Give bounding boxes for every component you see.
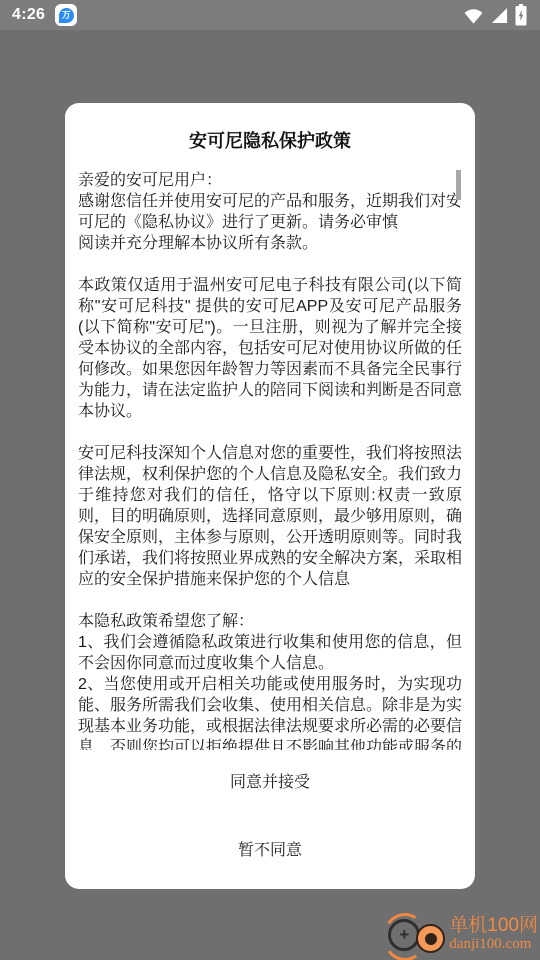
wifi-icon (463, 7, 484, 24)
watermark-site-url: danji100.com (449, 936, 538, 953)
danji100-logo-icon: + (382, 912, 446, 958)
agree-button[interactable]: 同意并接受 (65, 769, 475, 792)
privacy-policy-dialog: 安可尼隐私保护政策 亲爱的安可尼用户： 感谢您信任并使用安可尼的产品和服务，近期… (65, 103, 475, 889)
disagree-button[interactable]: 暂不同意 (65, 837, 475, 860)
site-watermark: + 单机100网 danji100.com (382, 912, 538, 958)
policy-paragraph: 本隐私政策希望您了解： 1、我们会遵循隐私政策进行收集和使用您的信息，但不会因你… (78, 611, 462, 750)
battery-charging-icon (515, 4, 527, 26)
notification-app-icon: 万 (55, 4, 77, 26)
pin-glyph: 万 (62, 11, 71, 20)
dialog-title: 安可尼隐私保护政策 (65, 103, 475, 153)
scrollbar-thumb[interactable] (456, 170, 461, 200)
status-bar: 4:26 万 (0, 0, 540, 30)
cellular-signal-icon (491, 7, 508, 24)
clock: 4:26 (12, 6, 45, 24)
policy-paragraph: 亲爱的安可尼用户： 感谢您信任并使用安可尼的产品和服务，近期我们对安可尼的《隐私… (78, 170, 462, 254)
logo-disc (416, 924, 445, 953)
policy-paragraph: 安可尼科技深知个人信息对您的重要性，我们将按照法律法规，权利保护您的个人信息及隐… (78, 443, 462, 590)
watermark-site-name: 单机100网 (449, 915, 538, 936)
map-pin-icon: 万 (59, 8, 74, 23)
policy-paragraph: 本政策仅适用于温州安可尼电子科技有限公司(以下简称"安可尼科技" 提供的安可尼A… (78, 275, 462, 422)
policy-text-scroll-area[interactable]: 亲爱的安可尼用户： 感谢您信任并使用安可尼的产品和服务，近期我们对安可尼的《隐私… (78, 170, 462, 750)
plus-glyph: + (399, 926, 409, 943)
